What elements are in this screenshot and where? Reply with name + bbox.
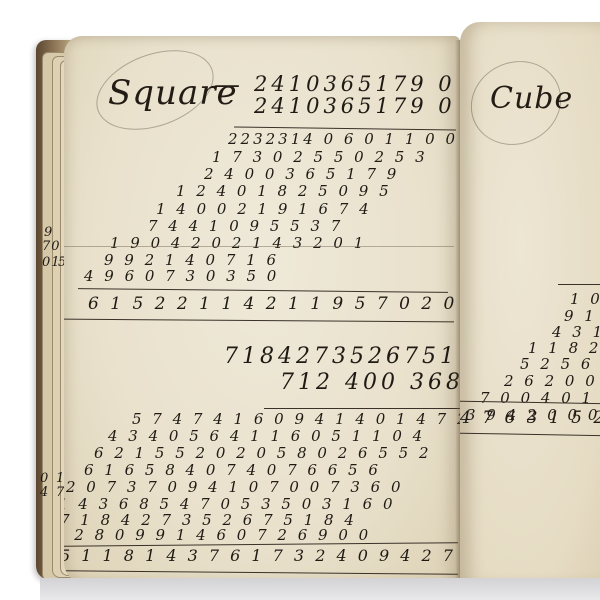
cube-heading: Cube [490,84,573,114]
square-result-2: 5 1 1 8 1 4 3 7 6 1 7 3 2 4 0 9 4 2 7 2 … [64,548,460,564]
partial-product-row: 1 4 0 0 2 1 9 1 6 7 4 [156,202,372,217]
partial-product-row: 1 0 [570,292,600,307]
partial-product-row: 1 1 8 2 6 0 [528,341,600,356]
leaf-fragment: 4 [40,486,49,499]
partial-product-row: 2 4 0 0 3 6 5 1 7 9 [204,167,399,182]
sum-rule [78,288,448,293]
left-page: Square — 2410365179 0 2410365179 0 22323… [64,36,460,584]
partial-product-row: 4 3 1 4 [552,325,600,340]
leaf-fragment: 0 [40,472,49,485]
ruled-line [64,246,454,247]
partial-product-row: 5 2 8 0 9 9 1 4 6 0 7 2 6 9 0 0 [64,528,371,543]
partial-product-row: 4 3 4 0 5 6 4 1 1 6 0 5 1 1 0 4 [108,429,425,444]
partial-product-row: 5 2 5 6 0 1 [520,357,600,372]
partial-product-row: 1 7 3 0 2 5 5 0 2 5 3 [212,150,428,165]
partial-product-row: 9 9 2 1 4 0 7 1 6 [104,253,279,268]
partial-product-row: 6 1 6 5 8 4 0 7 4 0 7 6 6 5 6 [84,463,381,478]
partial-product-row: 1 9 0 4 2 0 2 1 4 3 2 0 1 [110,236,366,251]
sum-rule [64,319,454,323]
partial-product-row: 9 1 [564,309,597,324]
right-page: Cube 1 0 9 1 4 3 1 4 1 1 8 2 6 0 5 2 5 6… [460,22,600,586]
leaf-fragment: 70 [42,240,61,253]
leaf-fragment: 9 [44,226,53,239]
square-result: 6 1 5 2 2 1 1 4 2 1 1 9 5 7 0 2 0 4 1 0 … [88,296,460,313]
partial-product-row: 1 2 4 0 1 8 2 5 0 9 5 [176,184,392,199]
partial-product-row: 2232314 0 6 0 1 1 0 0 [228,132,458,147]
cube-result: 4 7 6 3 1 5 2 5 2 [460,410,600,427]
partial-product-row: 1 4 3 6 8 5 4 7 0 5 3 5 0 3 1 6 0 [64,497,396,512]
underline-rule [264,408,460,409]
second-factor-row: 712 400 368 [280,372,460,394]
partial-product-row: 5 7 4 7 4 1 6 0 9 4 1 4 0 1 4 7 2 [132,412,460,427]
photo-scene: 9 70 01 5 0 4 1 7 Square — 2410365179 0 … [0,0,600,600]
sum-rule [64,570,458,574]
partial-product-row: 2 0 7 3 7 0 9 4 1 0 7 0 0 7 3 6 0 [66,480,404,495]
factor-row: 2410365179 0 [254,96,456,117]
partial-product-row: 4 9 6 0 7 3 0 3 5 0 [84,269,279,284]
second-factor-row: 7184273526751 8 4 [224,346,460,368]
sum-rule [460,433,600,437]
partial-product-row: 7 4 4 1 0 9 5 5 3 7 [148,219,343,234]
partial-product-row: 2 6 2 0 0 0 5 [504,374,600,389]
factor-row: 2410365179 0 [254,74,456,95]
partial-product-row: 6 2 1 5 5 2 0 2 0 5 8 0 2 6 5 5 2 [94,446,432,461]
table-surface [40,578,600,600]
underline-rule [558,284,600,285]
heading-dash: — [214,72,241,98]
